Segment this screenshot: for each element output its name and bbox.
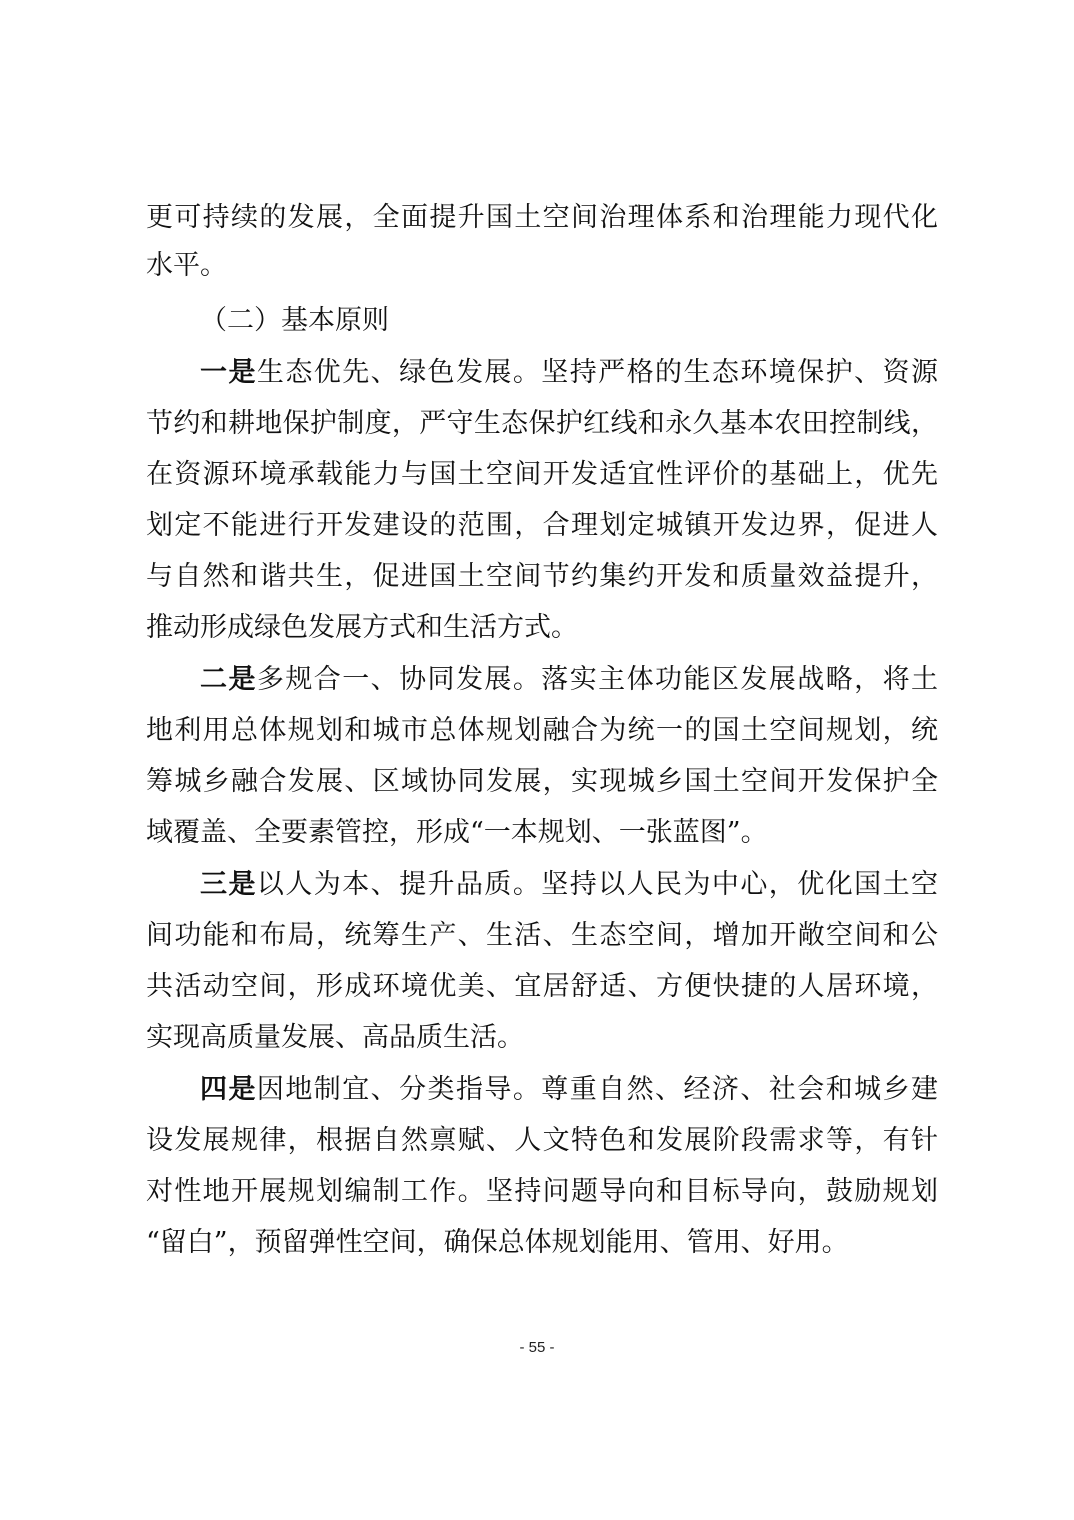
principle-text: 以人为本、提升品质。坚持以人民为中心，优化国土空: [257, 869, 938, 900]
principle-1-first-line: 一是生态优先、绿色发展。坚持严格的生态环境保护、资源: [200, 357, 938, 389]
section-heading: （二）基本原则: [200, 305, 389, 337]
body-text-line: 节约和耕地保护制度，严守生态保护红线和永久基本农田控制线，: [146, 408, 938, 440]
principle-lead: 四是: [200, 1074, 257, 1105]
principle-4-first-line: 四是因地制宜、分类指导。尊重自然、经济、社会和城乡建: [200, 1074, 938, 1106]
body-text-line: 与自然和谐共生，促进国土空间节约集约开发和质量效益提升，: [146, 561, 938, 593]
body-text-line: 地利用总体规划和城市总体规划融合为统一的国土空间规划，统: [146, 715, 938, 747]
principle-lead: 一是: [200, 357, 257, 388]
principle-lead: 二是: [200, 664, 257, 695]
principle-lead: 三是: [200, 869, 257, 900]
body-text-line: 在资源环境承载能力与国土空间开发适宜性评价的基础上，优先: [146, 459, 938, 491]
principle-3-first-line: 三是以人为本、提升品质。坚持以人民为中心，优化国土空: [200, 869, 938, 901]
body-text-line: 间功能和布局，统筹生产、生活、生态空间，增加开敞空间和公: [146, 920, 938, 952]
body-text-line: 筹城乡融合发展、区域协同发展，实现城乡国土空间开发保护全: [146, 766, 938, 798]
principle-text: 因地制宜、分类指导。尊重自然、经济、社会和城乡建: [257, 1074, 938, 1105]
body-text-line: “留白”，预留弹性空间，确保总体规划能用、管用、好用。: [146, 1227, 938, 1259]
body-text-line: 推动形成绿色发展方式和生活方式。: [146, 612, 938, 644]
principle-2-first-line: 二是多规合一、协同发展。落实主体功能区发展战略，将土: [200, 664, 938, 696]
page-number: - 55 -: [0, 1339, 1074, 1356]
body-text-line: 设发展规律，根据自然禀赋、人文特色和发展阶段需求等，有针: [146, 1125, 938, 1157]
body-text-line: 划定不能进行开发建设的范围，合理划定城镇开发边界，促进人: [146, 510, 938, 542]
body-text-line: 共活动空间，形成环境优美、宜居舒适、方便快捷的人居环境，: [146, 971, 938, 1003]
body-text-line: 水平。: [146, 250, 938, 282]
body-text-line: 实现高质量发展、高品质生活。: [146, 1022, 938, 1054]
principle-text: 生态优先、绿色发展。坚持严格的生态环境保护、资源: [257, 357, 938, 388]
document-page: 更可持续的发展，全面提升国土空间治理体系和治理能力现代化 水平。 （二）基本原则…: [0, 0, 1074, 1520]
body-text-line: 对性地开展规划编制工作。坚持问题导向和目标导向，鼓励规划: [146, 1176, 938, 1208]
body-text-line: 更可持续的发展，全面提升国土空间治理体系和治理能力现代化: [146, 202, 938, 234]
body-text-line: 域覆盖、全要素管控，形成“一本规划、一张蓝图”。: [146, 817, 938, 849]
principle-text: 多规合一、协同发展。落实主体功能区发展战略，将土: [257, 664, 938, 695]
